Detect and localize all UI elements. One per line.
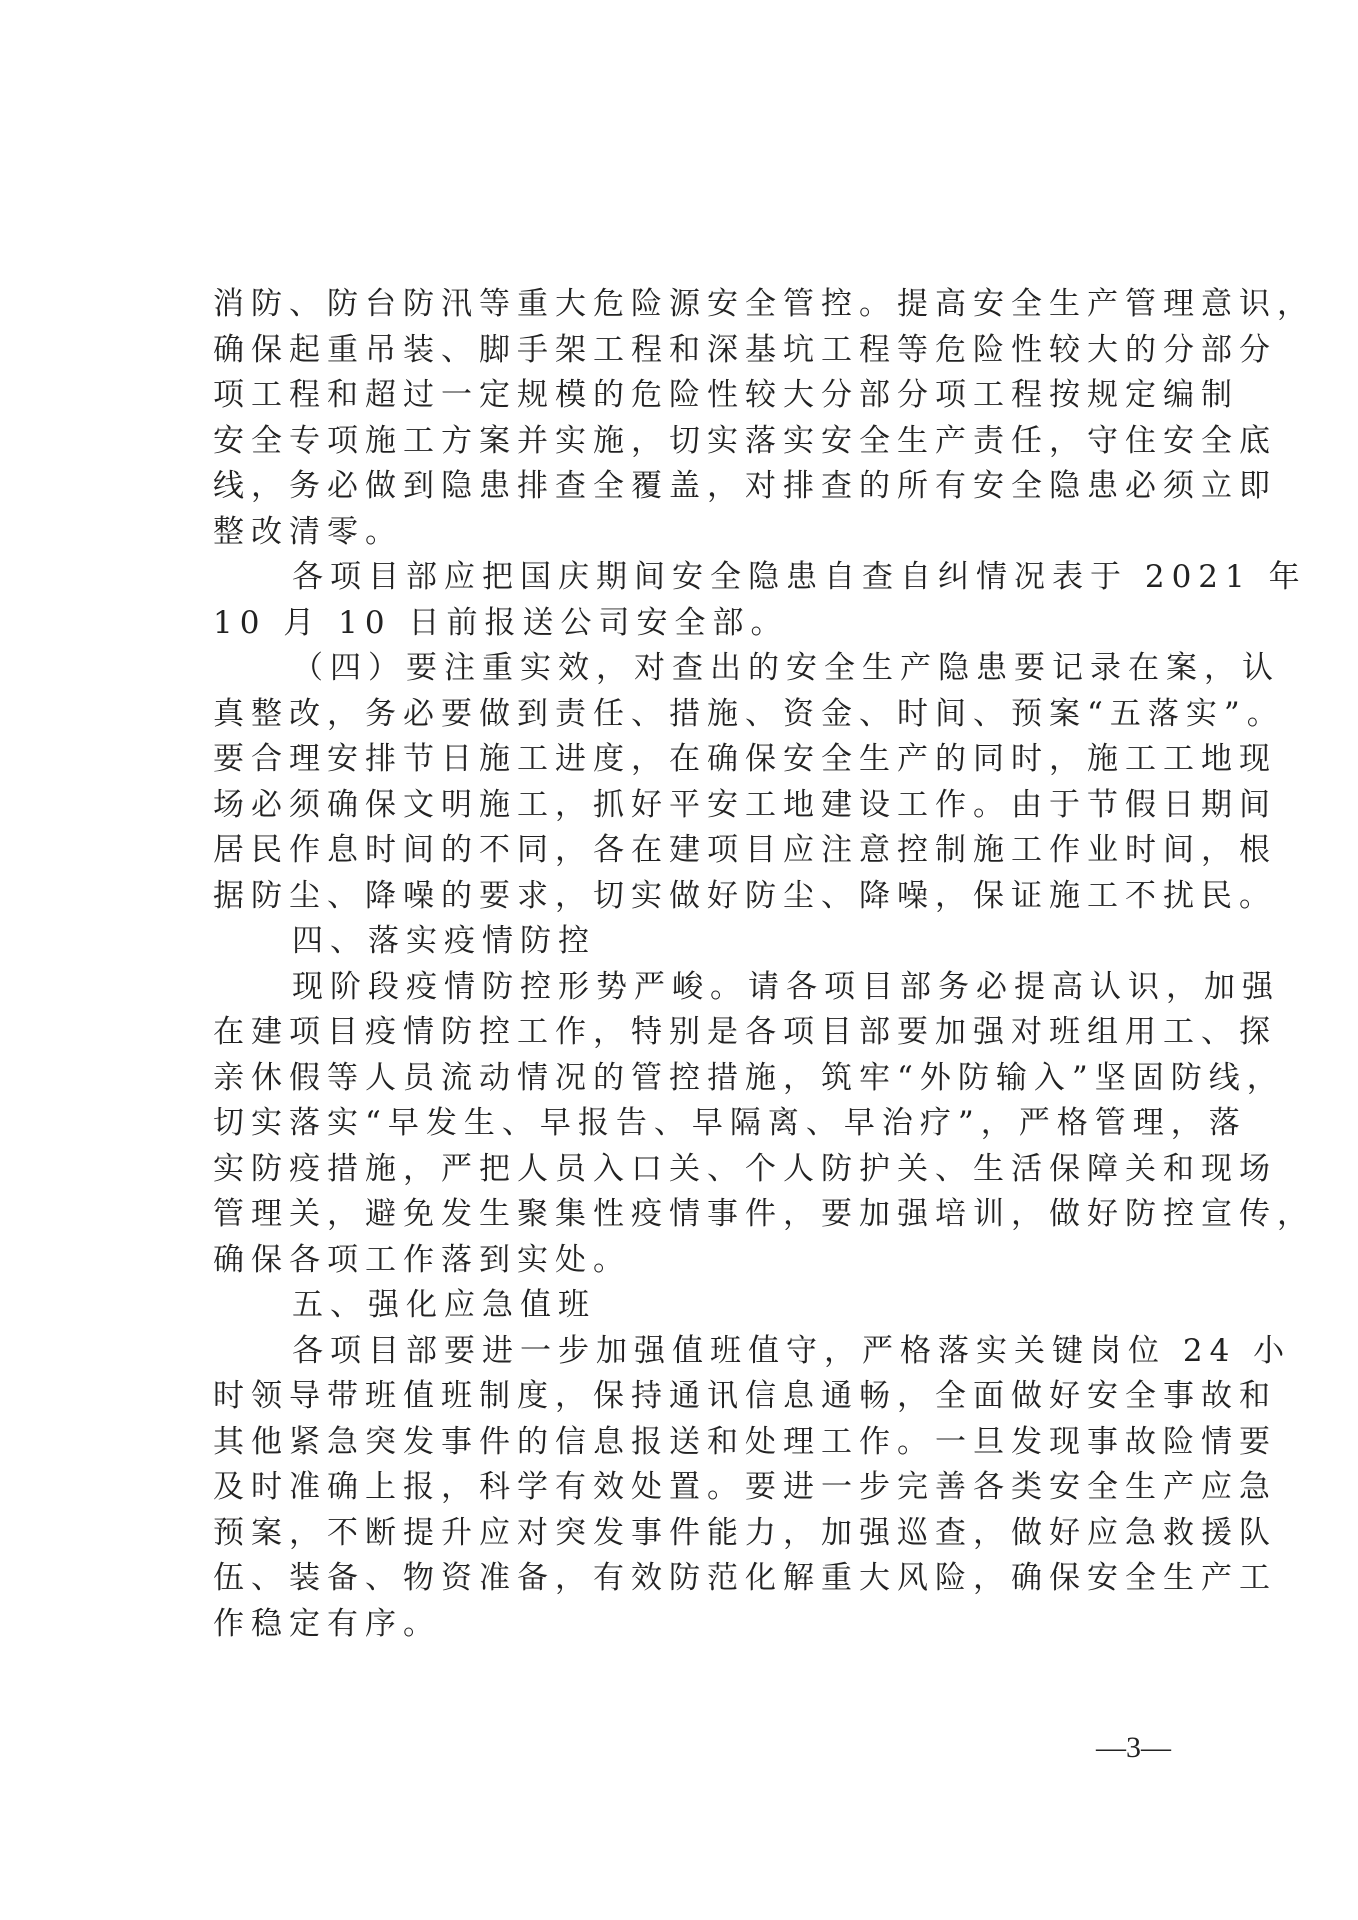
text-line: 居民作息时间的不同，各在建项目应注意控制施工作业时间，根 [213,828,1173,874]
text-line: 场必须确保文明施工，抓好平安工地建设工作。由于节假日期间 [213,783,1173,829]
text-line: 确保起重吊装、脚手架工程和深基坑工程等危险性较大的分部分 [213,328,1173,374]
text-line: 伍、装备、物资准备，有效防范化解重大风险，确保安全生产工 [213,1556,1173,1602]
text-line: 时领导带班值班制度，保持通讯信息通畅，全面做好安全事故和 [213,1374,1173,1420]
text-line: 项工程和超过一定规模的危险性较大分部分项工程按规定编制 [213,373,1173,419]
text-line: 作稳定有序。 [213,1602,1173,1648]
text-line: 亲休假等人员流动情况的管控措施，筑牢“外防输入”坚固防线， [213,1056,1173,1102]
document-page: 消防、防台防汛等重大危险源安全管控。提高安全生产管理意识， 确保起重吊装、脚手架… [0,0,1358,1920]
text-line: 管理关，避免发生聚集性疫情事件，要加强培训，做好防控宣传， [213,1192,1173,1238]
text-line: 线，务必做到隐患排查全覆盖，对排查的所有安全隐患必须立即 [213,464,1173,510]
text-line: 确保各项工作落到实处。 [213,1238,1173,1284]
page-number: —3— [1096,1728,1171,1768]
text-line: 整改清零。 [213,510,1173,556]
text-line: 真整改，务必要做到责任、措施、资金、时间、预案“五落实”。 [213,692,1173,738]
document-body: 消防、防台防汛等重大危险源安全管控。提高安全生产管理意识， 确保起重吊装、脚手架… [213,282,1173,1647]
text-line: 及时准确上报，科学有效处置。要进一步完善各类安全生产应急 [213,1465,1173,1511]
text-line: 现阶段疫情防控形势严峻。请各项目部务必提高认识，加强 [213,965,1173,1011]
text-line: 安全专项施工方案并实施，切实落实安全生产责任，守住安全底 [213,419,1173,465]
text-line: 各项目部要进一步加强值班值守，严格落实关键岗位 24 小 [213,1329,1173,1375]
text-line: 据防尘、降噪的要求，切实做好防尘、降噪，保证施工不扰民。 [213,874,1173,920]
subsection-4-paragraph: （四）要注重实效，对查出的安全生产隐患要记录在案，认 [213,646,1173,692]
text-line: 10 月 10 日前报送公司安全部。 [213,601,1173,647]
text-line: 在建项目疫情防控工作，特别是各项目部要加强对班组用工、探 [213,1010,1173,1056]
text-line: 要合理安排节日施工进度，在确保安全生产的同时，施工工地现 [213,737,1173,783]
text-line: 消防、防台防汛等重大危险源安全管控。提高安全生产管理意识， [213,282,1173,328]
text-line: 其他紧急突发事件的信息报送和处理工作。一旦发现事故险情要 [213,1420,1173,1466]
section-heading-emergency-duty: 五、强化应急值班 [213,1283,1173,1329]
section-heading-epidemic-control: 四、落实疫情防控 [213,919,1173,965]
text-line: 各项目部应把国庆期间安全隐患自查自纠情况表于 2021 年 [213,555,1173,601]
text-line: 实防疫措施，严把人员入口关、个人防护关、生活保障关和现场 [213,1147,1173,1193]
text-line: 切实落实“早发生、早报告、早隔离、早治疗”，严格管理，落 [213,1101,1173,1147]
text-line: 预案，不断提升应对突发事件能力，加强巡查，做好应急救援队 [213,1511,1173,1557]
